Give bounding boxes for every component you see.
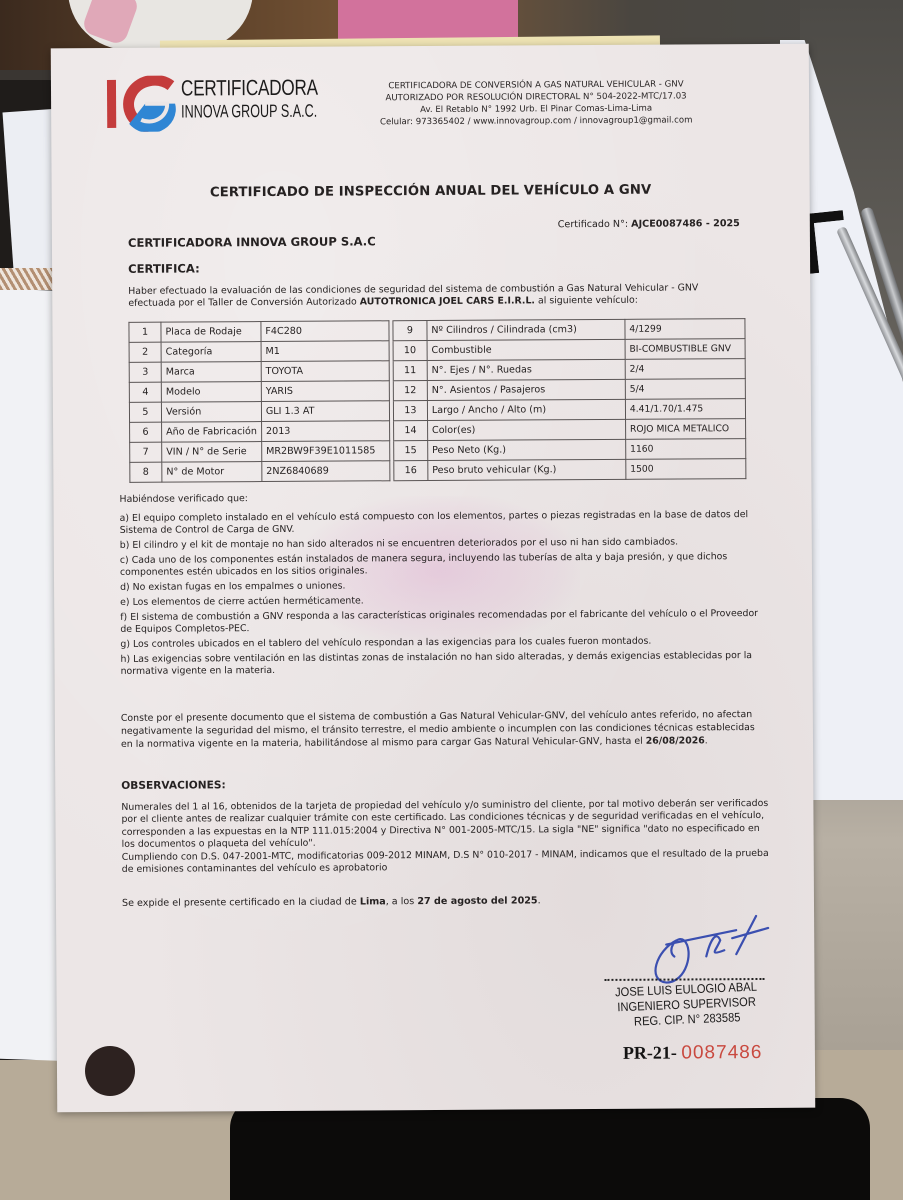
verification-item: a) El equipo completo instalado en el ve… [120,509,760,537]
field-value: 2/4 [625,359,745,380]
field-label: Peso bruto vehicular (Kg.) [428,459,626,480]
row-number: 13 [393,401,427,421]
row-number: 2 [129,342,161,362]
header-info: CERTIFICADORA DE CONVERSIÓN A GAS NATURA… [351,78,721,128]
field-value: MR2BW9F39E1011585 [262,441,390,462]
row-number: 16 [394,461,428,481]
row-number: 6 [130,422,162,442]
verification-item: b) El cilindro y el kit de montaje no ha… [120,536,760,552]
field-value: ROJO MICA METALICO [625,419,745,440]
serial-number: PR-21- 0087486 [623,1042,763,1065]
issued-date: 27 de agosto del 2025 [417,895,537,907]
field-value: 2013 [261,421,389,442]
field-label: Categoría [161,342,261,363]
field-value: 4/1299 [625,319,745,340]
valid-until-date: 26/08/2026 [646,735,705,746]
row-number: 7 [130,442,162,462]
certificate-number-label: Certificado N°: [558,219,628,230]
issued-city: Lima [360,896,386,907]
field-label: Año de Fabricación [162,422,262,443]
field-value: 1500 [626,459,746,480]
field-label: Marca [161,362,261,383]
document-title: CERTIFICADO DE INSPECCIÓN ANUAL DEL VEHÍ… [52,182,810,202]
field-label: N°. Asientos / Pasajeros [427,379,625,400]
issued-prefix: Se expide el presente certificado en la … [122,896,360,908]
observations-heading: OBSERVACIONES: [121,779,226,792]
certificate-number-value: AJCE0087486 - 2025 [631,218,740,230]
intro-paragraph: Haber efectuado la evaluación de las con… [128,282,748,310]
serial-number-value: 0087486 [681,1042,762,1063]
ig-logo-icon [105,76,181,132]
header-contact: Celular: 973365402 / www.innovagroup.com… [351,114,721,128]
punch-hole [85,1046,135,1096]
vehicle-data-table: 1Placa de RodajeF4C2809Nº Cilindros / Ci… [128,318,746,483]
field-value: 2NZ6840689 [262,461,390,482]
serial-prefix: PR-21- [623,1043,677,1063]
table-row: 8N° de Motor2NZ684068916Peso bruto vehic… [130,459,746,483]
issued-statement: Se expide el presente certificado en la … [122,895,541,909]
field-label: Versión [161,402,261,423]
logo-text-certificadora: CERTIFICADORA [181,75,318,102]
verification-item: g) Los controles ubicados en el tablero … [120,635,760,651]
intro-text-end: al siguiente vehículo: [535,295,638,307]
header-line-2: AUTORIZADO POR RESOLUCIÓN DIRECTORAL N° … [351,90,721,104]
row-number: 9 [393,321,427,341]
verification-section: Habiéndose verificado que: a) El equipo … [119,490,760,681]
row-number: 11 [393,361,427,381]
row-number: 10 [393,341,427,361]
field-label: Modelo [161,382,261,403]
field-label: N° de Motor [162,462,262,483]
conste-paragraph: Conste por el presente documento que el … [121,708,761,751]
conste-end: . [705,735,708,746]
verification-item: d) No existan fugas en los empalmes o un… [120,578,760,594]
field-value: GLI 1.3 AT [261,401,389,422]
workshop-name: AUTOTRONICA JOEL CARS E.I.R.L. [360,295,535,307]
field-value: TOYOTA [261,361,389,382]
field-label: Combustible [427,339,625,360]
field-value: F4C280 [261,321,389,342]
row-number: 8 [130,462,162,482]
issuer-name: CERTIFICADORA INNOVA GROUP S.A.C [128,234,376,250]
verification-item: e) Los elementos de cierre actúen hermét… [120,593,760,609]
row-number: 4 [129,382,161,402]
issued-end: . [538,895,541,906]
row-number: 5 [129,402,161,422]
field-label: Nº Cilindros / Cilindrada (cm3) [427,319,625,340]
verification-item: f) El sistema de combustión a GNV respon… [120,608,760,636]
row-number: 3 [129,362,161,382]
field-value: 4.41/1.70/1.475 [625,399,745,420]
company-logo: CERTIFICADORA INNOVA GROUP S.A.C. [105,75,295,132]
verification-heading: Habiéndose verificado que: [119,490,759,506]
field-value: BI-COMBUSTIBLE GNV [625,339,745,360]
field-value: M1 [261,341,389,362]
supervisor-stamp: JOSE LUIS EULOGIO ABAL INGENIERO SUPERVI… [605,979,769,1031]
observations-text: Numerales del 1 al 16, obtenidos de la t… [121,798,771,876]
observations-paragraph-1: Numerales del 1 al 16, obtenidos de la t… [121,798,771,852]
logo-text-company: INNOVA GROUP S.A.C. [181,101,317,123]
observations-paragraph-2: Cumpliendo con D.S. 047-2001-MTC, modifi… [122,848,772,877]
field-label: Peso Neto (Kg.) [428,439,626,460]
field-label: Largo / Ancho / Alto (m) [427,399,625,420]
field-value: YARIS [261,381,389,402]
row-number: 12 [393,381,427,401]
certificate-document: CERTIFICADORA INNOVA GROUP S.A.C. CERTIF… [51,44,815,1113]
field-label: VIN / N° de Serie [162,442,262,463]
verification-item: c) Cada uno de los componentes están ins… [120,551,760,579]
field-value: 1160 [626,439,746,460]
certificate-number: Certificado N°: AJCE0087486 - 2025 [558,218,740,230]
verification-item: h) Las exigencias sobre ventilación en l… [120,650,760,678]
field-label: Color(es) [427,419,625,440]
issued-mid: , a los [386,896,418,907]
row-number: 15 [394,441,428,461]
field-value: 5/4 [625,379,745,400]
field-label: Placa de Rodaje [161,322,261,343]
certifica-heading: CERTIFICA: [128,261,200,275]
background-dark-object [230,1098,870,1200]
field-label: N°. Ejes / N°. Ruedas [427,359,625,380]
row-number: 1 [129,322,161,342]
row-number: 14 [393,421,427,441]
